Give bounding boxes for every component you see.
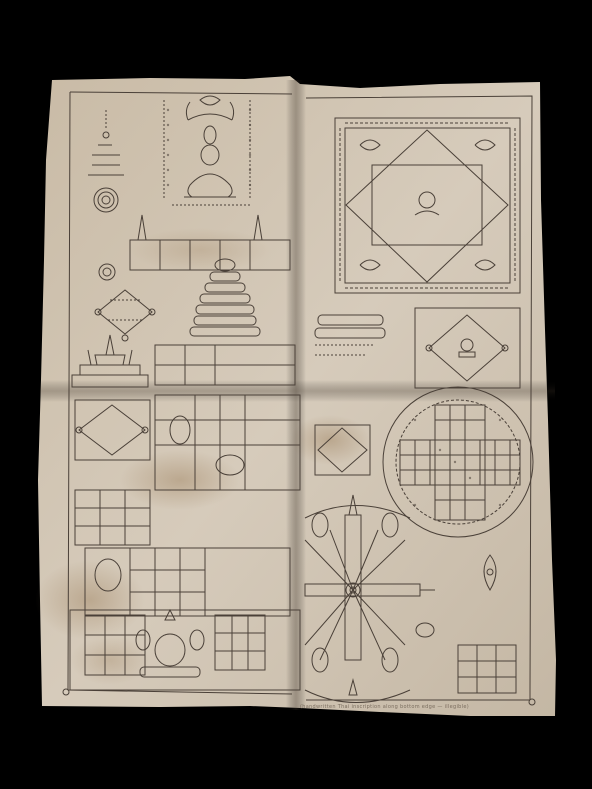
bottom-inscription: (handwritten Thai inscription along bott… [300,704,469,710]
stain [130,228,270,272]
horizontal-fold [40,380,555,402]
stain [35,560,145,640]
stain [120,450,240,510]
yantra-cloth-illustration [0,0,592,789]
stain [70,635,150,685]
photo-scene [0,0,592,789]
